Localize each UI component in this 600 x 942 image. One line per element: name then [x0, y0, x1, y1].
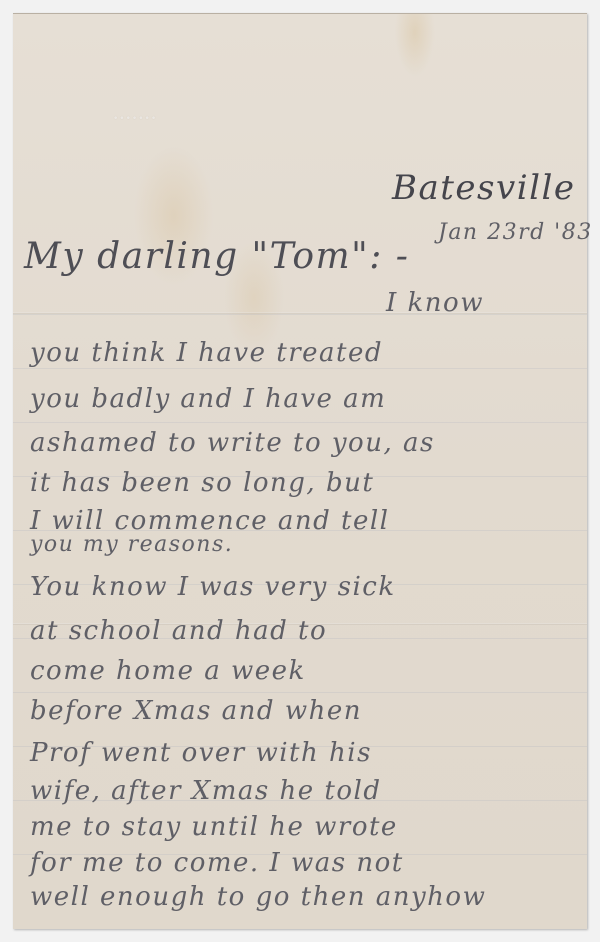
letter-line: me to stay until he wrote — [30, 812, 398, 842]
letter-line: Prof went over with his — [30, 738, 372, 768]
letter-line: for me to come. I was not — [30, 848, 404, 878]
letter-line: You know I was very sick — [30, 572, 396, 602]
ruled-line — [13, 692, 587, 693]
ruled-line — [13, 314, 587, 315]
letter-line: I know — [386, 288, 484, 318]
letter-line: you my reasons. — [30, 532, 233, 557]
embossed-stamp: ••••••• — [113, 114, 157, 124]
letter-line: you think I have treated — [30, 338, 383, 368]
letter-date: Jan 23rd '83 — [438, 220, 593, 245]
letter-place: Batesville — [392, 168, 575, 208]
letter-line: ashamed to write to you, as — [30, 428, 435, 458]
letter-line: it has been so long, but — [30, 468, 374, 498]
letter-line: before Xmas and when — [30, 696, 362, 726]
ruled-line — [13, 422, 587, 423]
letter-line: at school and had to — [30, 616, 327, 646]
letter-salutation: My darling "Tom": - — [24, 236, 409, 277]
paper-fold — [13, 312, 587, 314]
letter-line: wife, after Xmas he told — [30, 776, 382, 806]
letter-line: you badly and I have am — [30, 384, 386, 414]
letter-line: well enough to go then anyhow — [30, 882, 486, 912]
letter-line: come home a week — [30, 656, 306, 686]
ruled-line — [13, 368, 587, 369]
